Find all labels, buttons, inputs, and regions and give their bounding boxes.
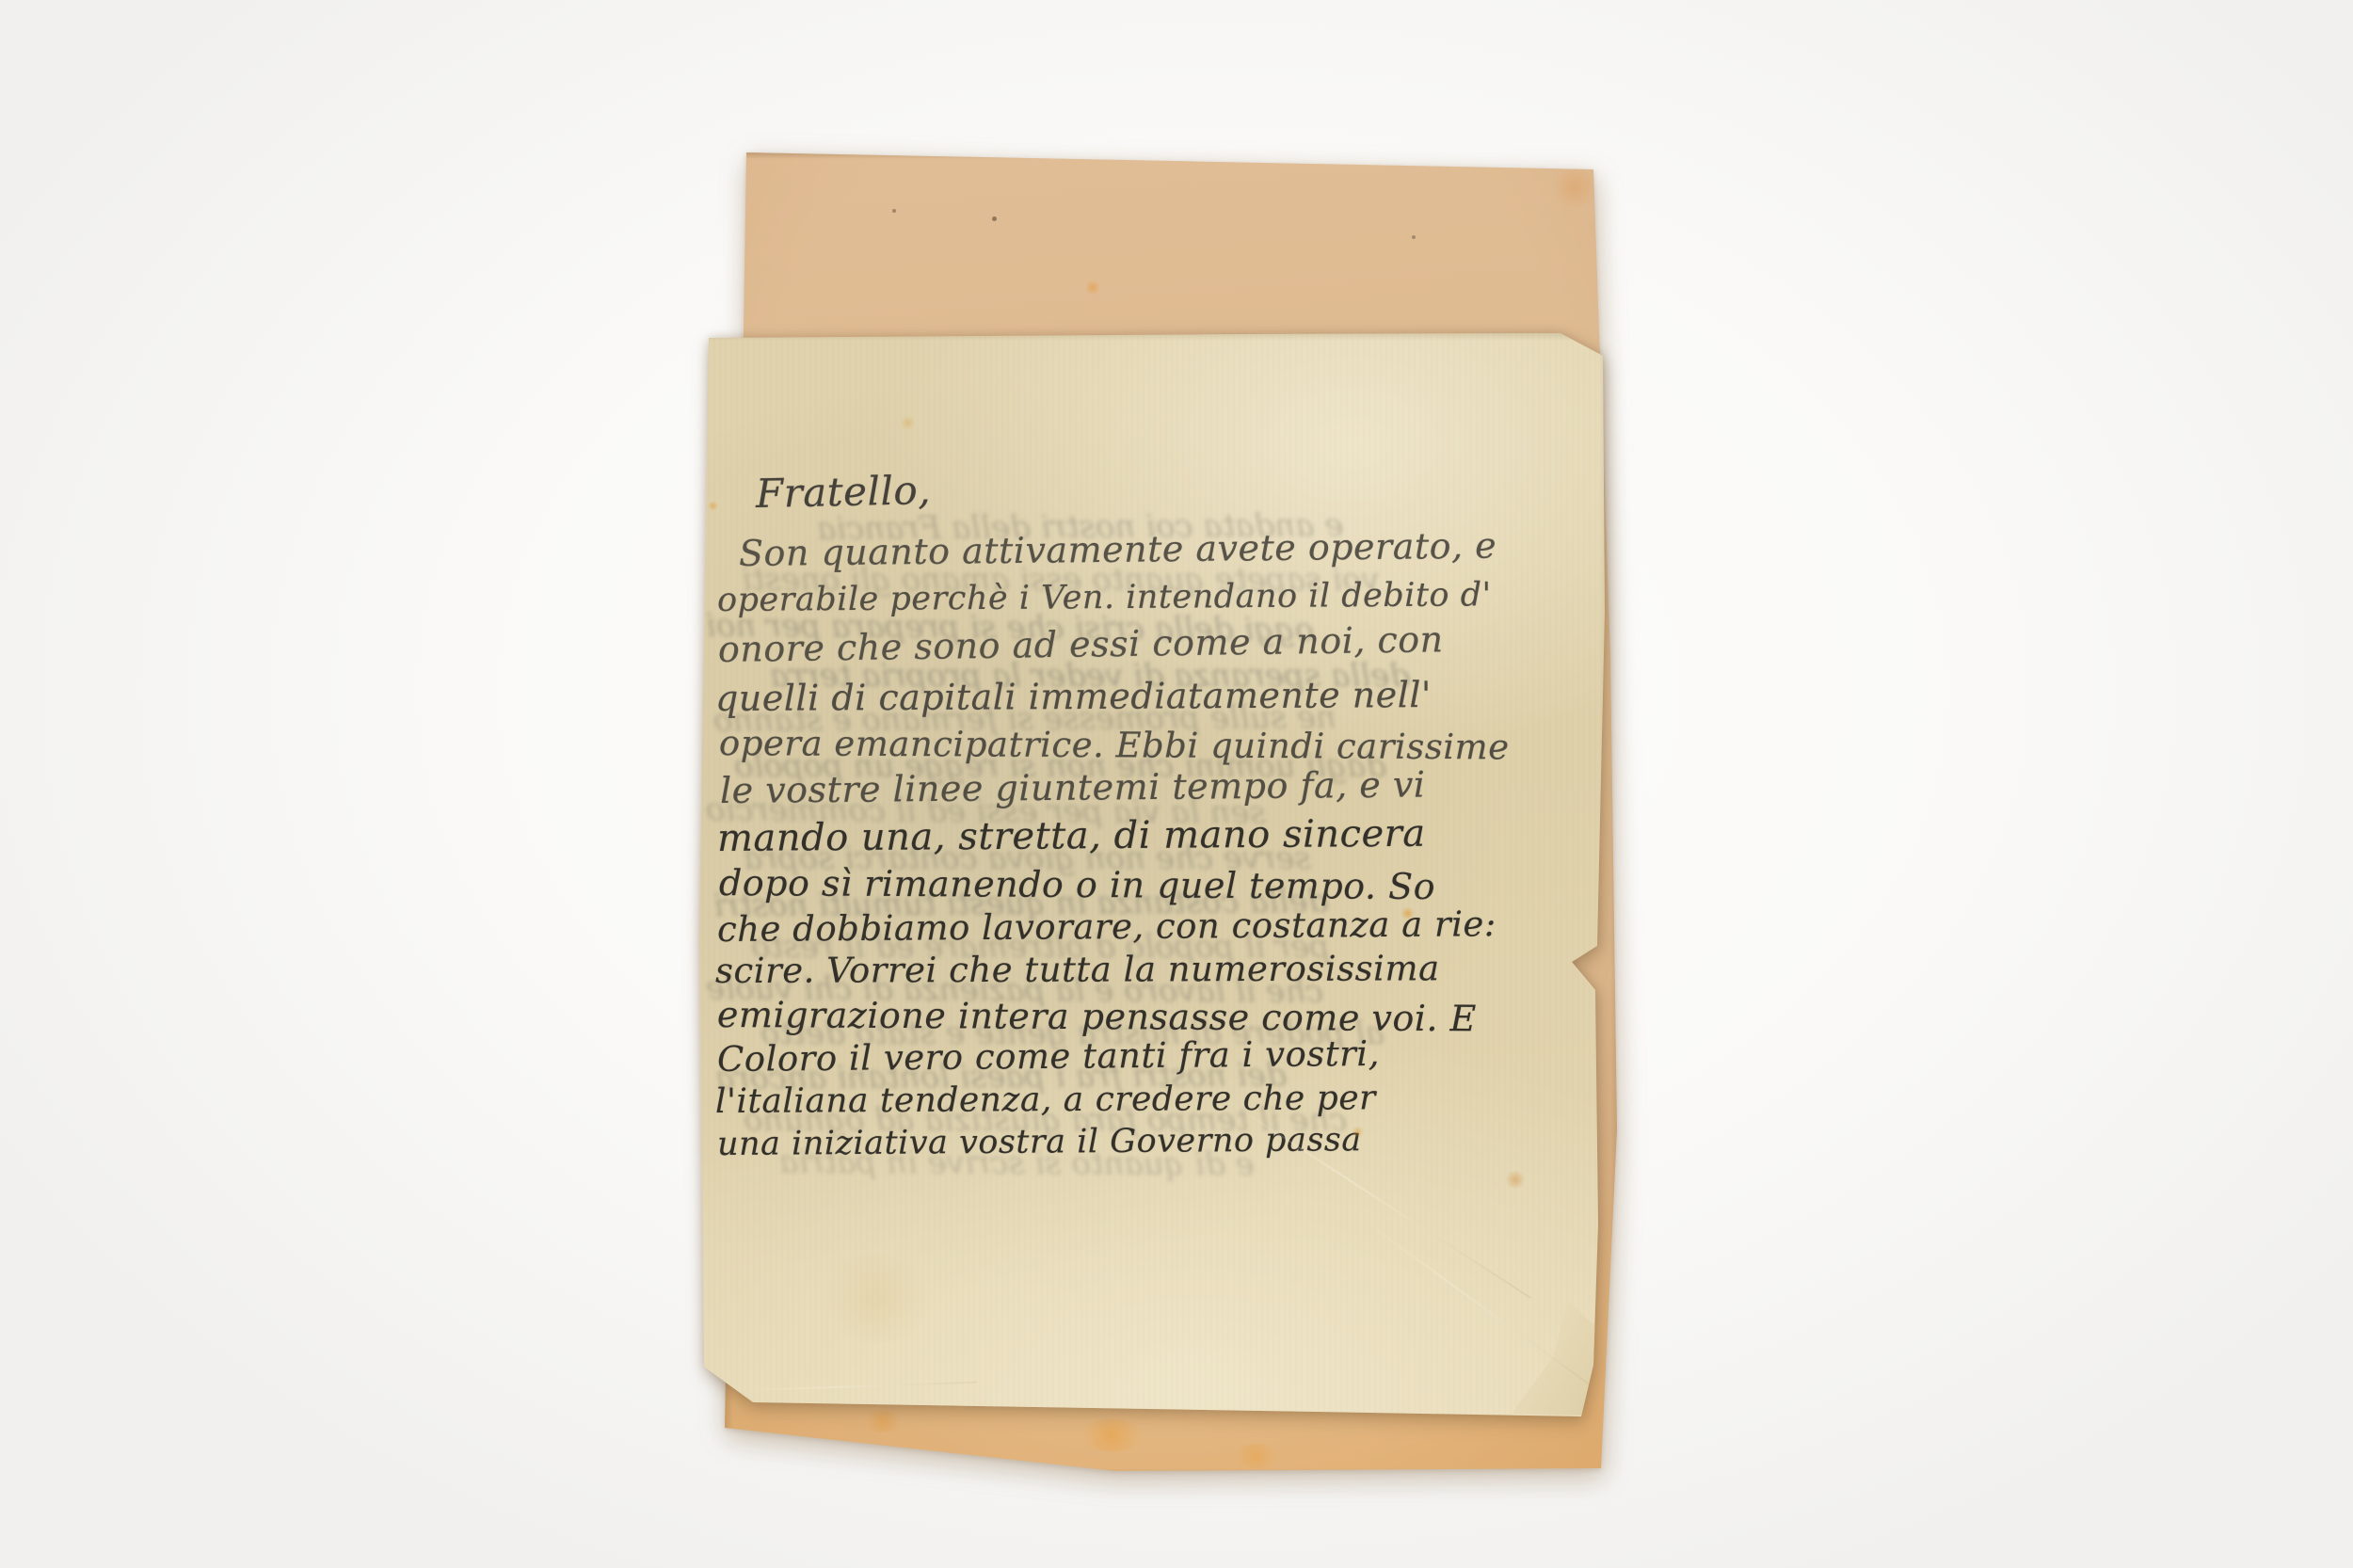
letter-line: che dobbiamo lavorare, con costanza a ri… [717, 904, 1497, 950]
bleedthrough-line: oggi della crisi che si prepara per noi [706, 607, 1315, 649]
letter-line: una iniziativa vostra il Governo passa [717, 1121, 1362, 1163]
letter-sheet-shadow-wrap: e andata coi nostri della Francia voi sa… [685, 333, 1609, 1427]
corner-fold-bottom-left [700, 1361, 759, 1410]
letter-sheet: e andata coi nostri della Francia voi sa… [685, 333, 1609, 1427]
paper-speck [992, 216, 997, 221]
letter-salutation: Fratello, [755, 467, 931, 517]
bleedthrough-line: per il popolo d oltremare ed il resto [751, 928, 1330, 966]
bleedthrough-line: ne sulle promesse si fermano e stanno [713, 698, 1337, 739]
bleedthrough-line: serve che non giova contarci sopra [744, 840, 1311, 877]
letter-stain [1352, 1126, 1364, 1138]
letter-line: opera emancipatrice. Ebbi quindi carissi… [719, 723, 1510, 767]
paper-crease [1223, 1097, 1531, 1299]
letter-line: operabile perchè i Ven. intendano il deb… [717, 576, 1492, 619]
bleedthrough-line: e di quanto si scrive in patria [779, 1144, 1255, 1184]
letter-line: dopo sì rimanendo o in quel tempo. So [719, 862, 1435, 907]
kraft-stain [1229, 1444, 1282, 1468]
letter-line: scire. Vorrei che tutta la numerosissima [715, 948, 1440, 991]
letter-stain [1401, 907, 1415, 920]
bleedthrough-line: dei nostri fra i paesi lontani ancora [715, 1056, 1287, 1096]
bleedthrough-line: della speranza di veder la propria terra [770, 657, 1410, 695]
bleedthrough-line: dagli uomini che non si regge un popolo [734, 747, 1386, 785]
kraft-stain [1549, 168, 1600, 207]
kraft-stain [1084, 280, 1101, 295]
paper-speck [892, 209, 896, 213]
letter-line: le vostre linee giuntemi tempo fa, e vi [720, 763, 1426, 811]
bleedthrough-line: voi sapete quanto essi amano gli onesti [742, 561, 1380, 599]
letter-line: Coloro il vero come tanti fra i vostri, [717, 1033, 1380, 1080]
letter-stain [815, 1254, 937, 1343]
letter-line: quelli di capitali immediatamente nell' [715, 674, 1432, 719]
letter-stain [708, 501, 718, 511]
photo-backdrop: e andata coi nostri della Francia voi sa… [0, 0, 2353, 1568]
paper-speck [1412, 235, 1416, 239]
letter-stain [900, 416, 916, 430]
letter-line: l'italiana tendenza, a credere che per [715, 1079, 1376, 1121]
paper-crease [1362, 1219, 1599, 1392]
letter-stain [1504, 1171, 1527, 1189]
paper-crease [742, 1382, 977, 1392]
bleedthrough-line: che il tempo fara giustizia ad ognuno [744, 1101, 1347, 1139]
letter-line: onore che sono ad essi come a noi, con [718, 618, 1444, 670]
bleedthrough-line: che il lavoro e la pazienza di chi vuole [706, 969, 1323, 1010]
bleedthrough-line: al podere di nostra gente e stato detto [760, 1015, 1385, 1052]
corner-fold-bottom-right [1512, 1301, 1608, 1425]
edge-fold-right [1566, 941, 1600, 994]
bleedthrough-line: sen la via per essi ed il commercio [706, 791, 1266, 831]
letter-line: emigrazione intera pensasse come voi. E [717, 994, 1477, 1039]
letter-line: Son quanto attivamente avete operato, e [739, 525, 1497, 574]
bleedthrough-line: della costanza in questi tumulti nostri [713, 883, 1328, 925]
bleedthrough-line: e andata coi nostri della Francia [817, 506, 1344, 548]
letter-line: mando una, stretta, di mano sincera [717, 812, 1426, 860]
